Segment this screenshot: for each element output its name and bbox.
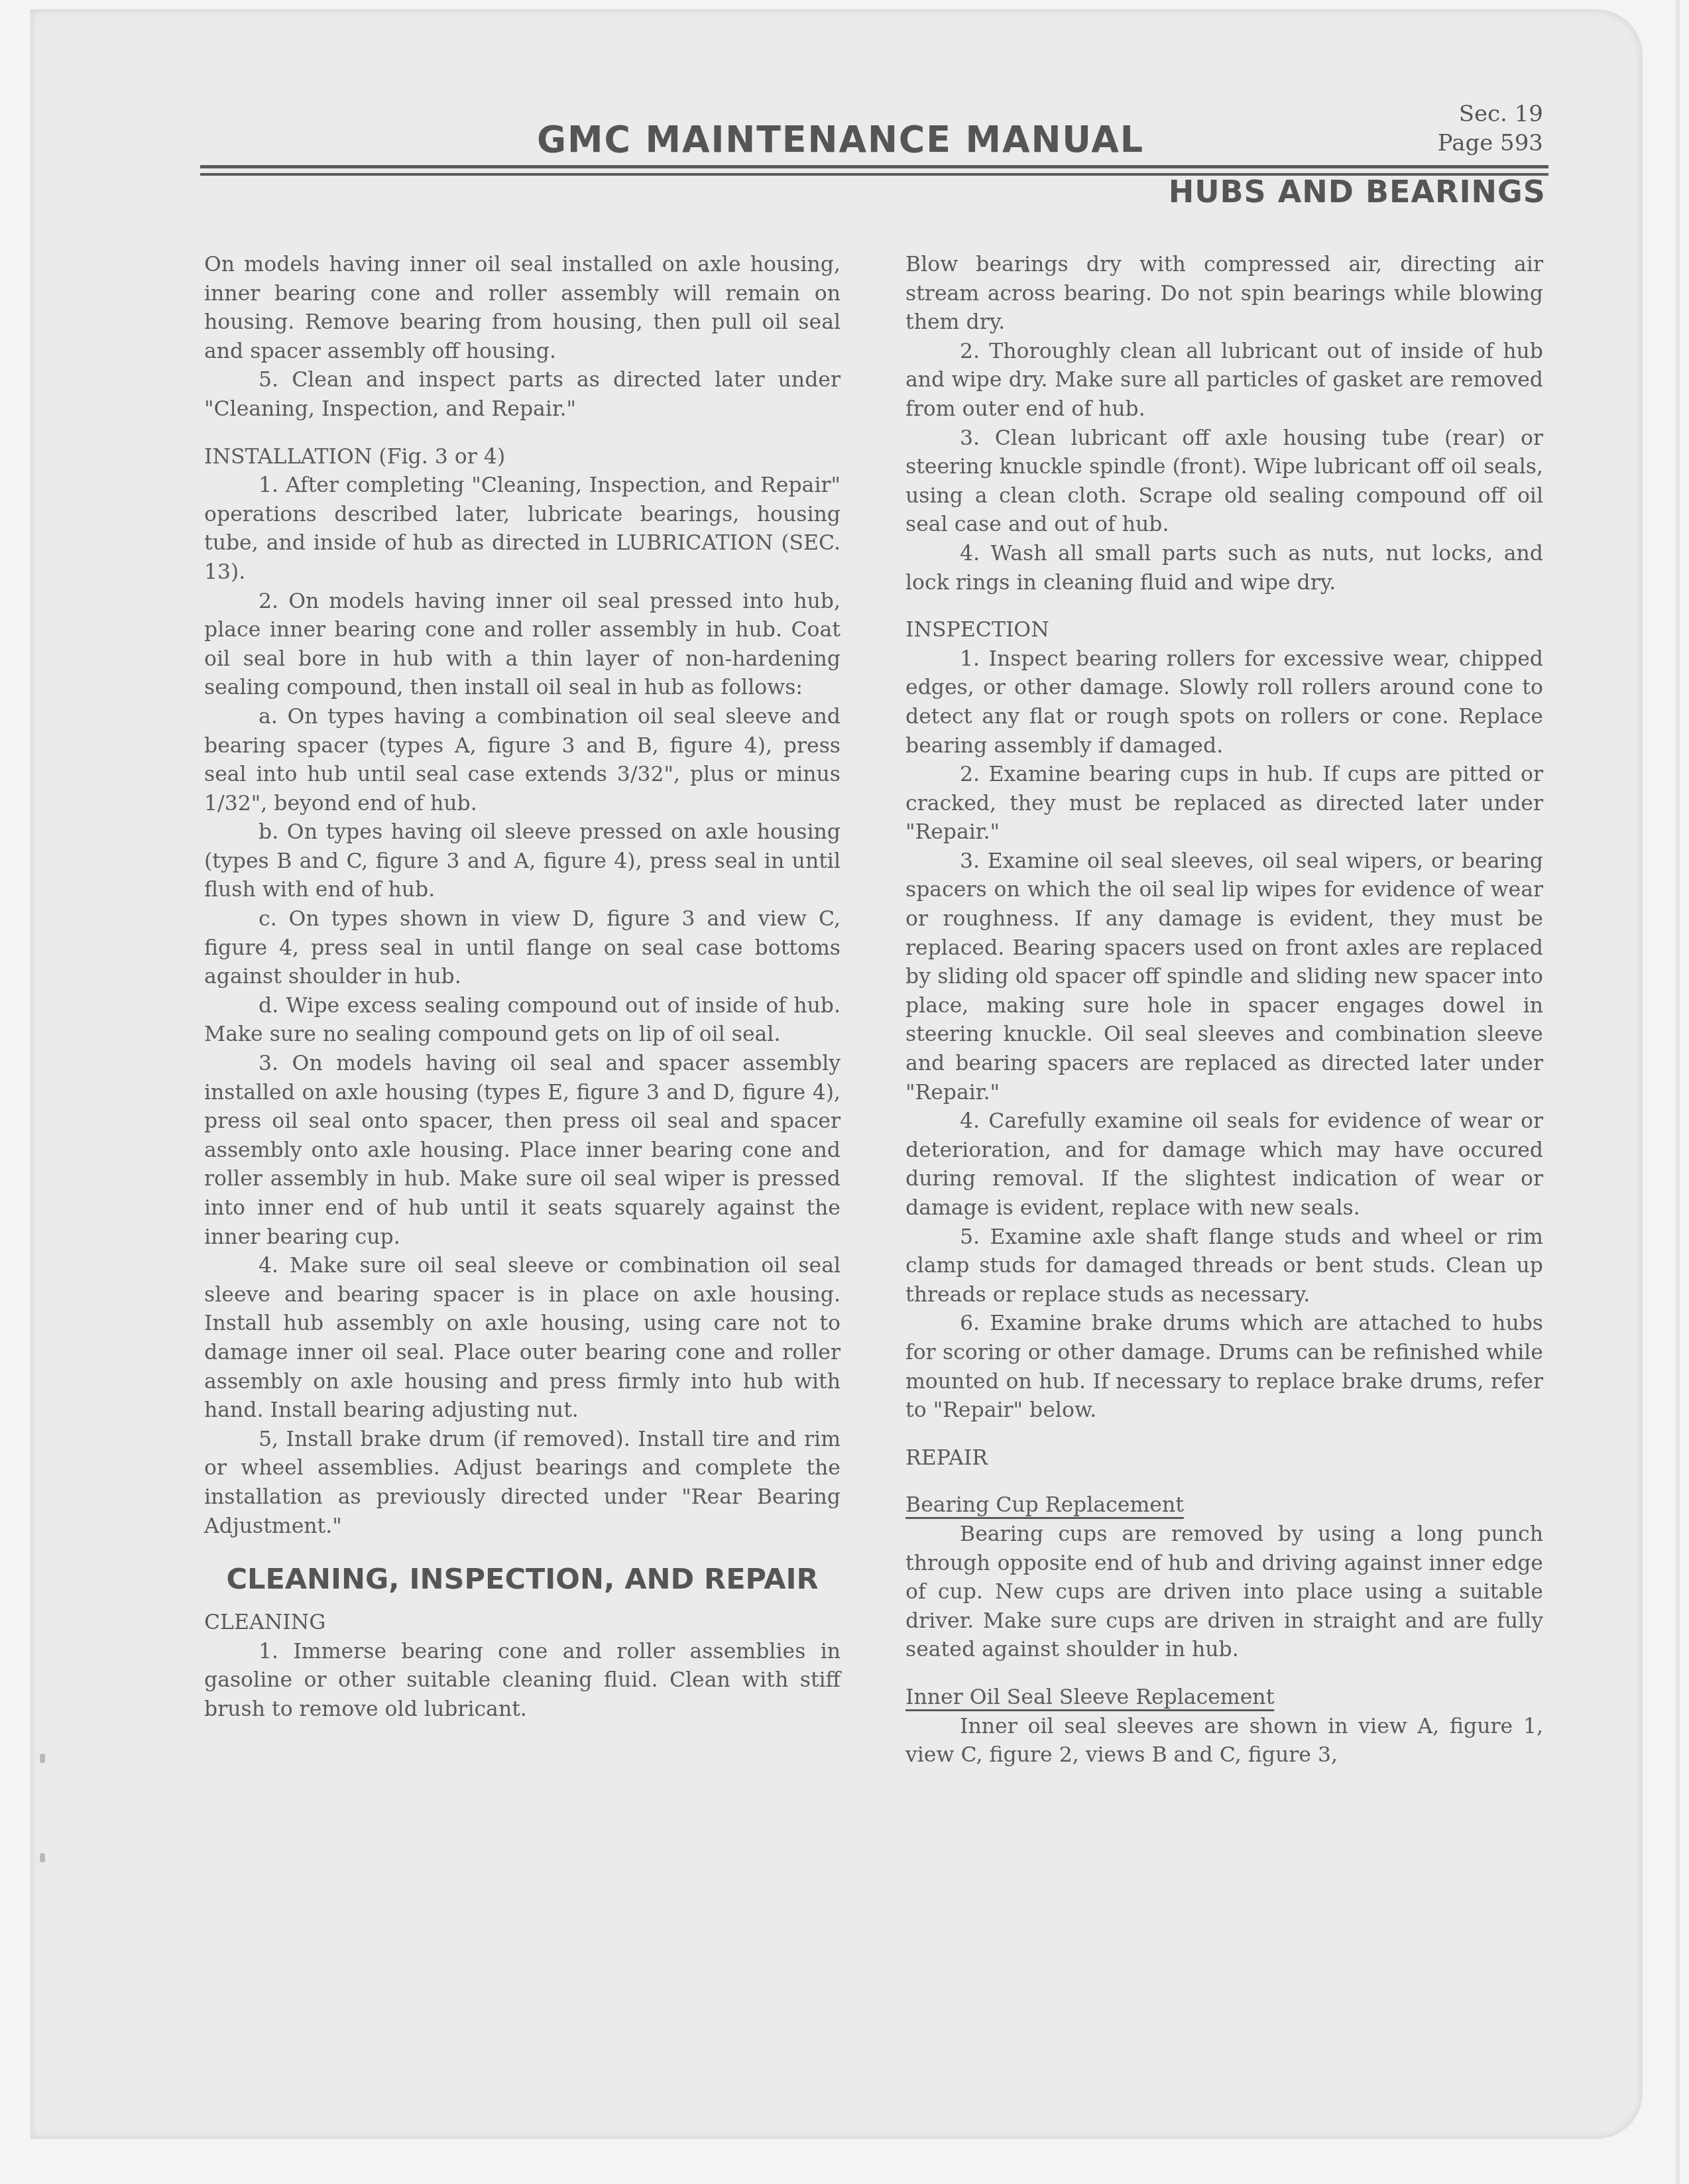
installation-step-2c: c. On types shown in view D, figure 3 an… [204, 905, 841, 992]
paragraph-step5: 5. Clean and inspect parts as directed l… [204, 366, 841, 424]
cleaning-step-3: 3. Clean lubricant off axle housing tube… [905, 424, 1543, 540]
bearing-cup-replacement-text: Bearing cups are removed by using a long… [905, 1520, 1543, 1665]
installation-step-2d: d. Wipe excess sealing compound out of i… [204, 992, 841, 1050]
binding-hole-mark [40, 1754, 45, 1763]
cleaning-continued: Blow bearings dry with compressed air, d… [905, 251, 1543, 337]
installation-step-1: 1. After completing "Cleaning, Inspectio… [204, 471, 841, 587]
inspection-step-2: 2. Examine bearing cups in hub. If cups … [905, 760, 1543, 847]
header-rule-top [200, 165, 1548, 168]
paragraph-intro: On models having inner oil seal installe… [204, 251, 841, 366]
manual-title: GMC MAINTENANCE MANUAL [537, 118, 1144, 161]
left-column: On models having inner oil seal installe… [204, 251, 841, 1725]
inner-oil-seal-sleeve-heading: Inner Oil Seal Sleeve Replacement [905, 1683, 1543, 1713]
installation-step-2: 2. On models having inner oil seal press… [204, 587, 841, 703]
cleaning-step-1: 1. Immerse bearing cone and roller assem… [204, 1638, 841, 1725]
cleaning-heading: CLEANING [204, 1608, 841, 1638]
installation-step-2b: b. On types having oil sleeve pressed on… [204, 818, 841, 905]
right-column: Blow bearings dry with compressed air, d… [905, 251, 1543, 1770]
inspection-heading: INSPECTION [905, 616, 1543, 645]
inspection-step-5: 5. Examine axle shaft flange studs and w… [905, 1223, 1543, 1310]
section-title: HUBS AND BEARINGS [1169, 174, 1546, 210]
inspection-step-4: 4. Carefully examine oil seals for evide… [905, 1107, 1543, 1223]
section-page-info: Sec. 19 Page 593 [1438, 99, 1543, 158]
cleaning-step-2: 2. Thoroughly clean all lubricant out of… [905, 337, 1543, 424]
bearing-cup-replacement-heading: Bearing Cup Replacement [905, 1491, 1543, 1520]
installation-step-5: 5, Install brake drum (if removed). Inst… [204, 1426, 841, 1541]
binding-hole-mark [40, 1853, 45, 1862]
inspection-step-6: 6. Examine brake drums which are attache… [905, 1309, 1543, 1425]
installation-step-4: 4. Make sure oil seal sleeve or combinat… [204, 1252, 841, 1426]
inspection-step-3: 3. Examine oil seal sleeves, oil seal wi… [905, 847, 1543, 1107]
cleaning-step-4: 4. Wash all small parts such as nuts, nu… [905, 540, 1543, 597]
installation-step-3: 3. On models having oil seal and spacer … [204, 1050, 841, 1252]
inspection-step-1: 1. Inspect bearing rollers for excessive… [905, 645, 1543, 760]
installation-step-2a: a. On types having a combination oil sea… [204, 703, 841, 818]
repair-heading: REPAIR [905, 1444, 1543, 1473]
page-number: Page 593 [1438, 129, 1543, 158]
inner-oil-seal-sleeve-text: Inner oil seal sleeves are shown in view… [905, 1713, 1543, 1770]
installation-heading: INSTALLATION (Fig. 3 or 4) [204, 443, 841, 472]
scan-edge [1676, 0, 1680, 2184]
cleaning-inspection-repair-heading: CLEANING, INSPECTION, AND REPAIR [204, 1562, 841, 1597]
section-number: Sec. 19 [1438, 99, 1543, 129]
